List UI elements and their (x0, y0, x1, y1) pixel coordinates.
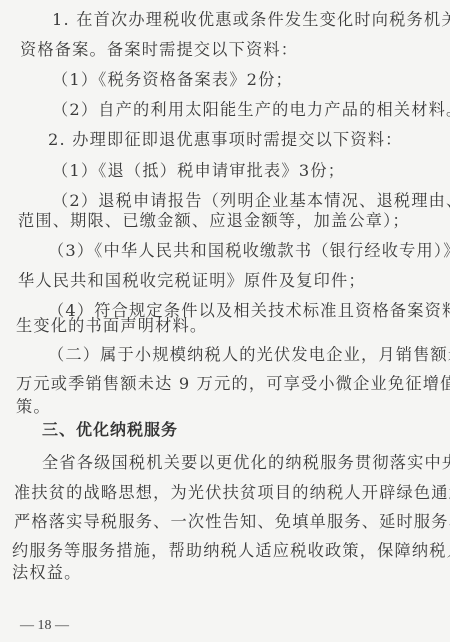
text-line: （1）《退（抵）税申请审批表》3份； (52, 161, 345, 181)
text-line: 全省各级国税机关要以更优化的纳税服务贯彻落实中央精 (42, 453, 450, 473)
text-line: 约服务等服务措施，帮助纳税人适应税收政策，保障纳税人合 (12, 541, 450, 561)
text-line: 严格落实导税服务、一次性告知、免填单服务、延时服务、预 (14, 512, 450, 532)
text-line: 万元或季销售额未达 9 万元的，可享受小微企业免征增值税政 (16, 374, 450, 394)
text-line: 2. 办理即征即退优惠事项时需提交以下资料： (48, 130, 403, 150)
text-line: （二）属于小规模纳税人的光伏发电企业，月销售额未达 3 (48, 345, 450, 365)
text-line: 华人民共和国税收完税证明》原件及复印件； (18, 271, 366, 291)
text-line: （2）退税申请报告（列明企业基本情况、退税理由、依据、 (52, 191, 450, 211)
text-line: 生变化的书面声明材料。 (16, 316, 207, 336)
text-line: 法权益。 (12, 563, 82, 583)
text-line: 1. 在首次办理税收优惠或条件发生变化时向税务机关进行 (52, 10, 450, 30)
text-line: （2）自产的利用太阳能生产的电力产品的相关材料。 (52, 100, 450, 120)
document-page: 1. 在首次办理税收优惠或条件发生变化时向税务机关进行 资格备案。备案时需提交以… (0, 0, 450, 642)
section-heading: 三、优化纳税服务 (42, 420, 178, 440)
text-line: 范围、期限、已缴金额、应退金额等，加盖公章）； (18, 211, 410, 231)
text-line: 准扶贫的战略思想，为光伏扶贫项目的纳税人开辟绿色通道， (14, 483, 450, 503)
text-line: （1）《税务资格备案表》2份； (52, 70, 293, 90)
text-line: （3）《中华人民共和国税收缴款书（银行经收专用）》或《中 (48, 241, 450, 261)
text-line: 策。 (16, 397, 51, 417)
text-line: 资格备案。备案时需提交以下资料： (20, 40, 298, 60)
page-number: — 18 — (20, 618, 69, 634)
